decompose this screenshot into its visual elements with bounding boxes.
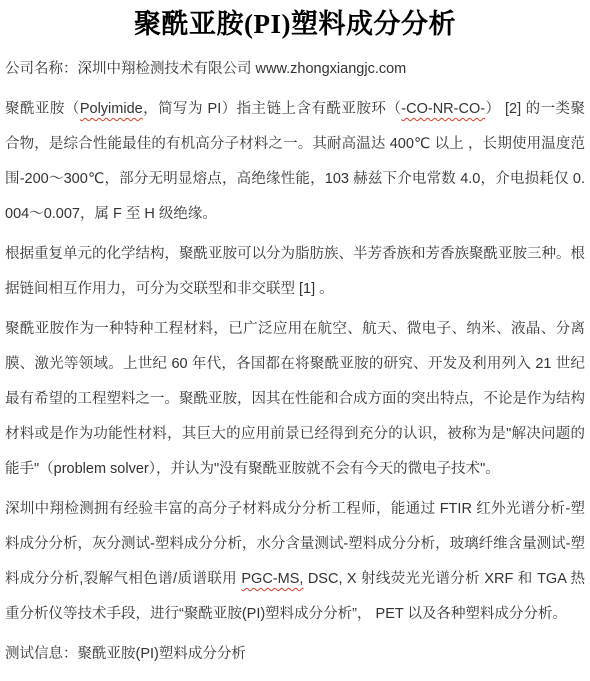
company-label: 公司名称： xyxy=(5,61,78,77)
text-segment: ，简写为 PI）指主链上含有酰亚胺环（ xyxy=(143,101,402,117)
misspelled-text: PGC-MS, xyxy=(241,571,303,587)
test-info-label: 测试信息： xyxy=(5,646,78,662)
text-segment: ） [2] 的一类聚合物，是综合性能最佳的有机高分子材料之一。其耐高温达 400… xyxy=(5,101,585,222)
paragraph-services: 深圳中翔检测拥有经验丰富的高分子材料成分分析工程师，能通过 FTIR 红外光谱分… xyxy=(5,492,585,632)
company-line: 公司名称：深圳中翔检测技术有限公司 www.zhongxiangjc.com xyxy=(5,52,585,87)
misspelled-text: -CO-NR-CO- xyxy=(401,101,485,117)
page-title: 聚酰亚胺(PI)塑料成分分析 xyxy=(5,7,585,41)
test-info-value: 聚酰亚胺(PI)塑料成分分析 xyxy=(78,646,246,662)
document-page: 聚酰亚胺(PI)塑料成分分析 公司名称：深圳中翔检测技术有限公司 www.zho… xyxy=(0,0,590,681)
paragraph-applications: 聚酰亚胺作为一种特种工程材料，已广泛应用在航空、航天、微电子、纳米、液晶、分离膜… xyxy=(5,312,585,487)
text-segment: 聚酰亚胺作为一种特种工程材料，已广泛应用在航空、航天、微电子、纳米、液晶、分离膜… xyxy=(5,321,585,477)
company-website: www.zhongxiangjc.com xyxy=(256,61,407,77)
text-segment: 根据重复单元的化学结构，聚酰亚胺可以分为脂肪族、半芳香族和芳香族聚酰亚胺三种。根… xyxy=(5,246,585,297)
test-info-line: 测试信息：聚酰亚胺(PI)塑料成分分析 xyxy=(5,637,585,672)
paragraph-intro: 聚酰亚胺（Polyimide，简写为 PI）指主链上含有酰亚胺环（-CO-NR-… xyxy=(5,92,585,232)
company-name: 深圳中翔检测技术有限公司 xyxy=(78,61,256,77)
paragraph-classification: 根据重复单元的化学结构，聚酰亚胺可以分为脂肪族、半芳香族和芳香族聚酰亚胺三种。根… xyxy=(5,237,585,307)
text-segment: 聚酰亚胺（ xyxy=(5,101,80,117)
misspelled-text: Polyimide xyxy=(80,101,143,117)
